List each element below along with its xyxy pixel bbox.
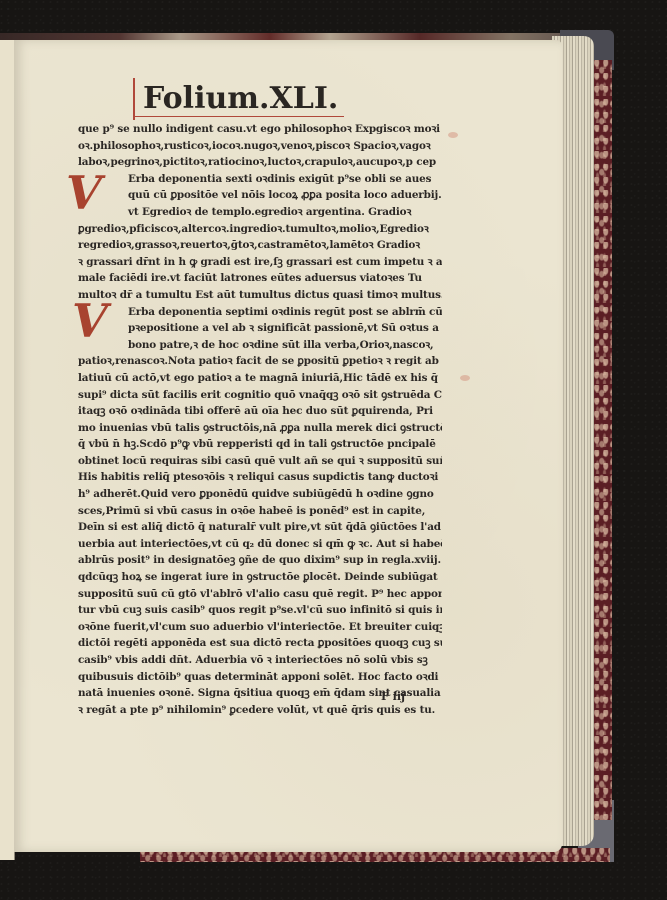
text-line: Erba deponentia sexti oꝛdinis exigūt p⁹s… <box>78 171 442 188</box>
text-line: vt Egredioꝛ de templo.egredioꝛ argentina… <box>78 204 442 221</box>
text-line: patioꝛ,renascoꝛ.Nota patioꝛ facit de se … <box>78 353 442 370</box>
text-line: regredioꝛ,grassoꝛ,reuertoꝛ,ḡtoꝛ,castramē… <box>78 237 442 254</box>
text-line: oꝛōne fuerit,vl'cum suo aduerbio vl'inte… <box>78 619 442 636</box>
text-line: male faciēdi ire.vt faciūt latrones eūte… <box>78 270 442 287</box>
text-line: oꝛ.philosophoꝛ,rusticoꝛ,iocoꝛ.nugoꝛ,veno… <box>78 138 442 155</box>
folio-header: Folium.XLI. <box>133 82 344 117</box>
previous-page-edge <box>0 40 15 860</box>
ink-stain <box>448 132 458 138</box>
text-line: casib⁹ vbis addi dn̄t. Aduerbia vō ꝛ int… <box>78 652 442 669</box>
text-line: que p⁹ se nullo indigent casu.vt ego phi… <box>78 121 442 138</box>
text-line: pꝛepositione a vel ab ꝛ significāt passi… <box>78 320 442 337</box>
text-line: h⁹ adherēt.Quid vero ꝑponēdū quidve subi… <box>78 486 442 503</box>
signature-mark: F iij <box>381 690 405 703</box>
text-line: latiuū cū actō,vt ego patioꝛ a te magnā … <box>78 370 442 387</box>
text-block: que p⁹ se nullo indigent casu.vt ego phi… <box>78 121 442 718</box>
text-line: ablrūs posit⁹ in designatōeꝫ ꝯñe de quo … <box>78 552 442 569</box>
text-line: ꝑgredioꝛ,pficiscoꝛ,altercoꝛ.ingredioꝛ.tu… <box>78 221 442 238</box>
text-line: obtinet locū requiras sibi casū quē vult… <box>78 453 442 470</box>
marbled-binding-right <box>594 60 612 820</box>
text-line: q̄ vbū n̄ hꝫ.Scdō p⁹ꝙ vbū repperisti qd … <box>78 436 442 453</box>
text-line: Erba deponentia septimi oꝛdinis regūt po… <box>78 304 442 321</box>
ink-stain <box>460 375 470 381</box>
text-line: His habitis reliq̄ ptesoꝛōis ꝛ reliqui c… <box>78 469 442 486</box>
text-line: bono patre,ꝛ de hoc oꝛdine sūt illa verb… <box>78 337 442 354</box>
text-line: dictōi regēti apponēda est sua dictō rec… <box>78 635 442 652</box>
text-line: supi⁹ dicta sūt facilis erit cognitio qu… <box>78 387 442 404</box>
text-line: mo inuenias vbū talis ꝯstructōis,nā ꝓꝑa … <box>78 420 442 437</box>
text-line: Deīn si est aliq̄ dictō q̄ naturalr̄ vul… <box>78 519 442 536</box>
text-line: multoꝛ dr̄ a tumultu Est aūt tumultus di… <box>78 287 442 304</box>
text-line: ꝛ regāt a pte p⁹ nihilomin⁹ ꝑcedere volū… <box>78 702 442 719</box>
text-line: tur vbū cuꝫ suis casib⁹ quos regit p⁹se.… <box>78 602 442 619</box>
text-line: quū cū ꝑpositōe vel nōis locoꝝ ꝓꝑa posit… <box>78 187 442 204</box>
text-line: laboꝛ,pegrinoꝛ,pictitoꝛ,ratiocinoꝛ,lucto… <box>78 154 442 171</box>
text-line: quibusuis dictōib⁹ quas determināt appon… <box>78 669 442 686</box>
text-line: uerbia aut interiectōes,vt cū q₂ dū done… <box>78 536 442 553</box>
text-line: itaqꝫ oꝛō oꝛdināda tibi offerē aū oīa he… <box>78 403 442 420</box>
text-line: sces,Primū si vbū casus in oꝛōe habeē is… <box>78 503 442 520</box>
text-line: ꝛ grassari dr̄nt in h ꝙ gradi est ire,ſꝫ… <box>78 254 442 271</box>
text-line: qdcūqꝫ hoꝝ se ingerat iure in ꝯstructōe … <box>78 569 442 586</box>
text-line: suppositū suū cū gtō vl'ablrō vl'alio ca… <box>78 586 442 603</box>
